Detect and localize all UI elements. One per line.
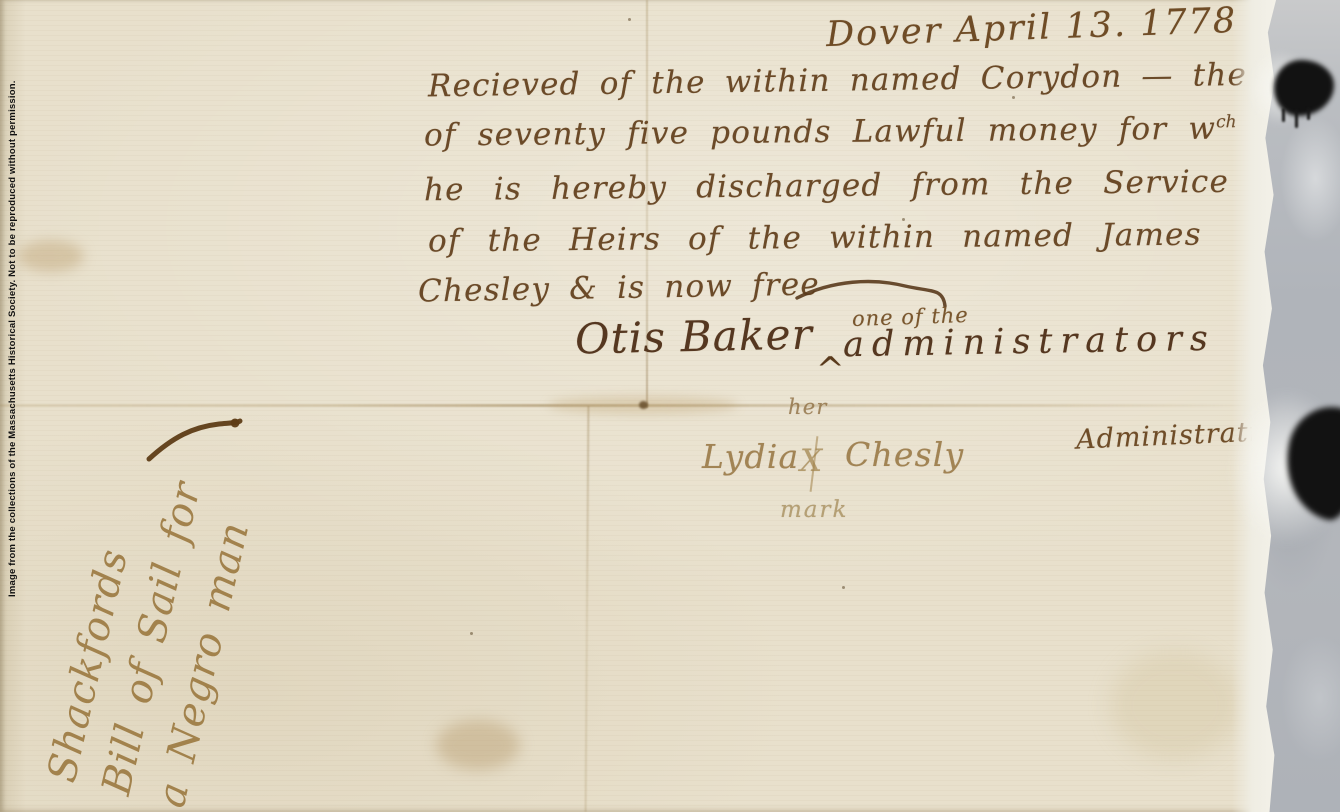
stain-left-edge xyxy=(18,240,84,272)
paper-speck xyxy=(470,632,473,635)
paper-speck xyxy=(842,586,845,589)
ink-blot-streak xyxy=(1282,108,1285,122)
her-label: her xyxy=(788,395,828,419)
mark-label: mark xyxy=(780,497,848,523)
insertion-caret: ^ xyxy=(816,350,846,390)
ink-blot-streak xyxy=(1307,108,1310,120)
body-line-4: of the Heirs of the within named James xyxy=(428,217,1202,260)
mhs-watermark: Image from the collections of the Massac… xyxy=(7,80,18,597)
signature-role-administrators: administrators xyxy=(843,319,1216,366)
body-line-2-text: of seventy five pounds Lawful money for … xyxy=(424,111,1216,154)
signature-otis-baker: Otis Baker xyxy=(575,310,814,364)
document-scan: Dover April 13. 1778 Recieved of the wit… xyxy=(0,0,1340,812)
chesly-surname: Chesly xyxy=(845,435,964,474)
lydia-first-name: Lydia xyxy=(702,437,799,476)
ink-blot-streak xyxy=(1295,110,1298,128)
stain-bottom-center xyxy=(436,720,520,770)
body-line-5: Chesley & is now free xyxy=(418,266,820,309)
stain-bottom-right xyxy=(1110,650,1240,760)
docket-flourish xyxy=(145,415,245,463)
body-line-2: of seventy five pounds Lawful money for … xyxy=(424,110,1237,153)
stain-along-crease xyxy=(548,396,738,414)
paper-speck xyxy=(1012,96,1015,99)
paper-speck xyxy=(628,18,631,21)
